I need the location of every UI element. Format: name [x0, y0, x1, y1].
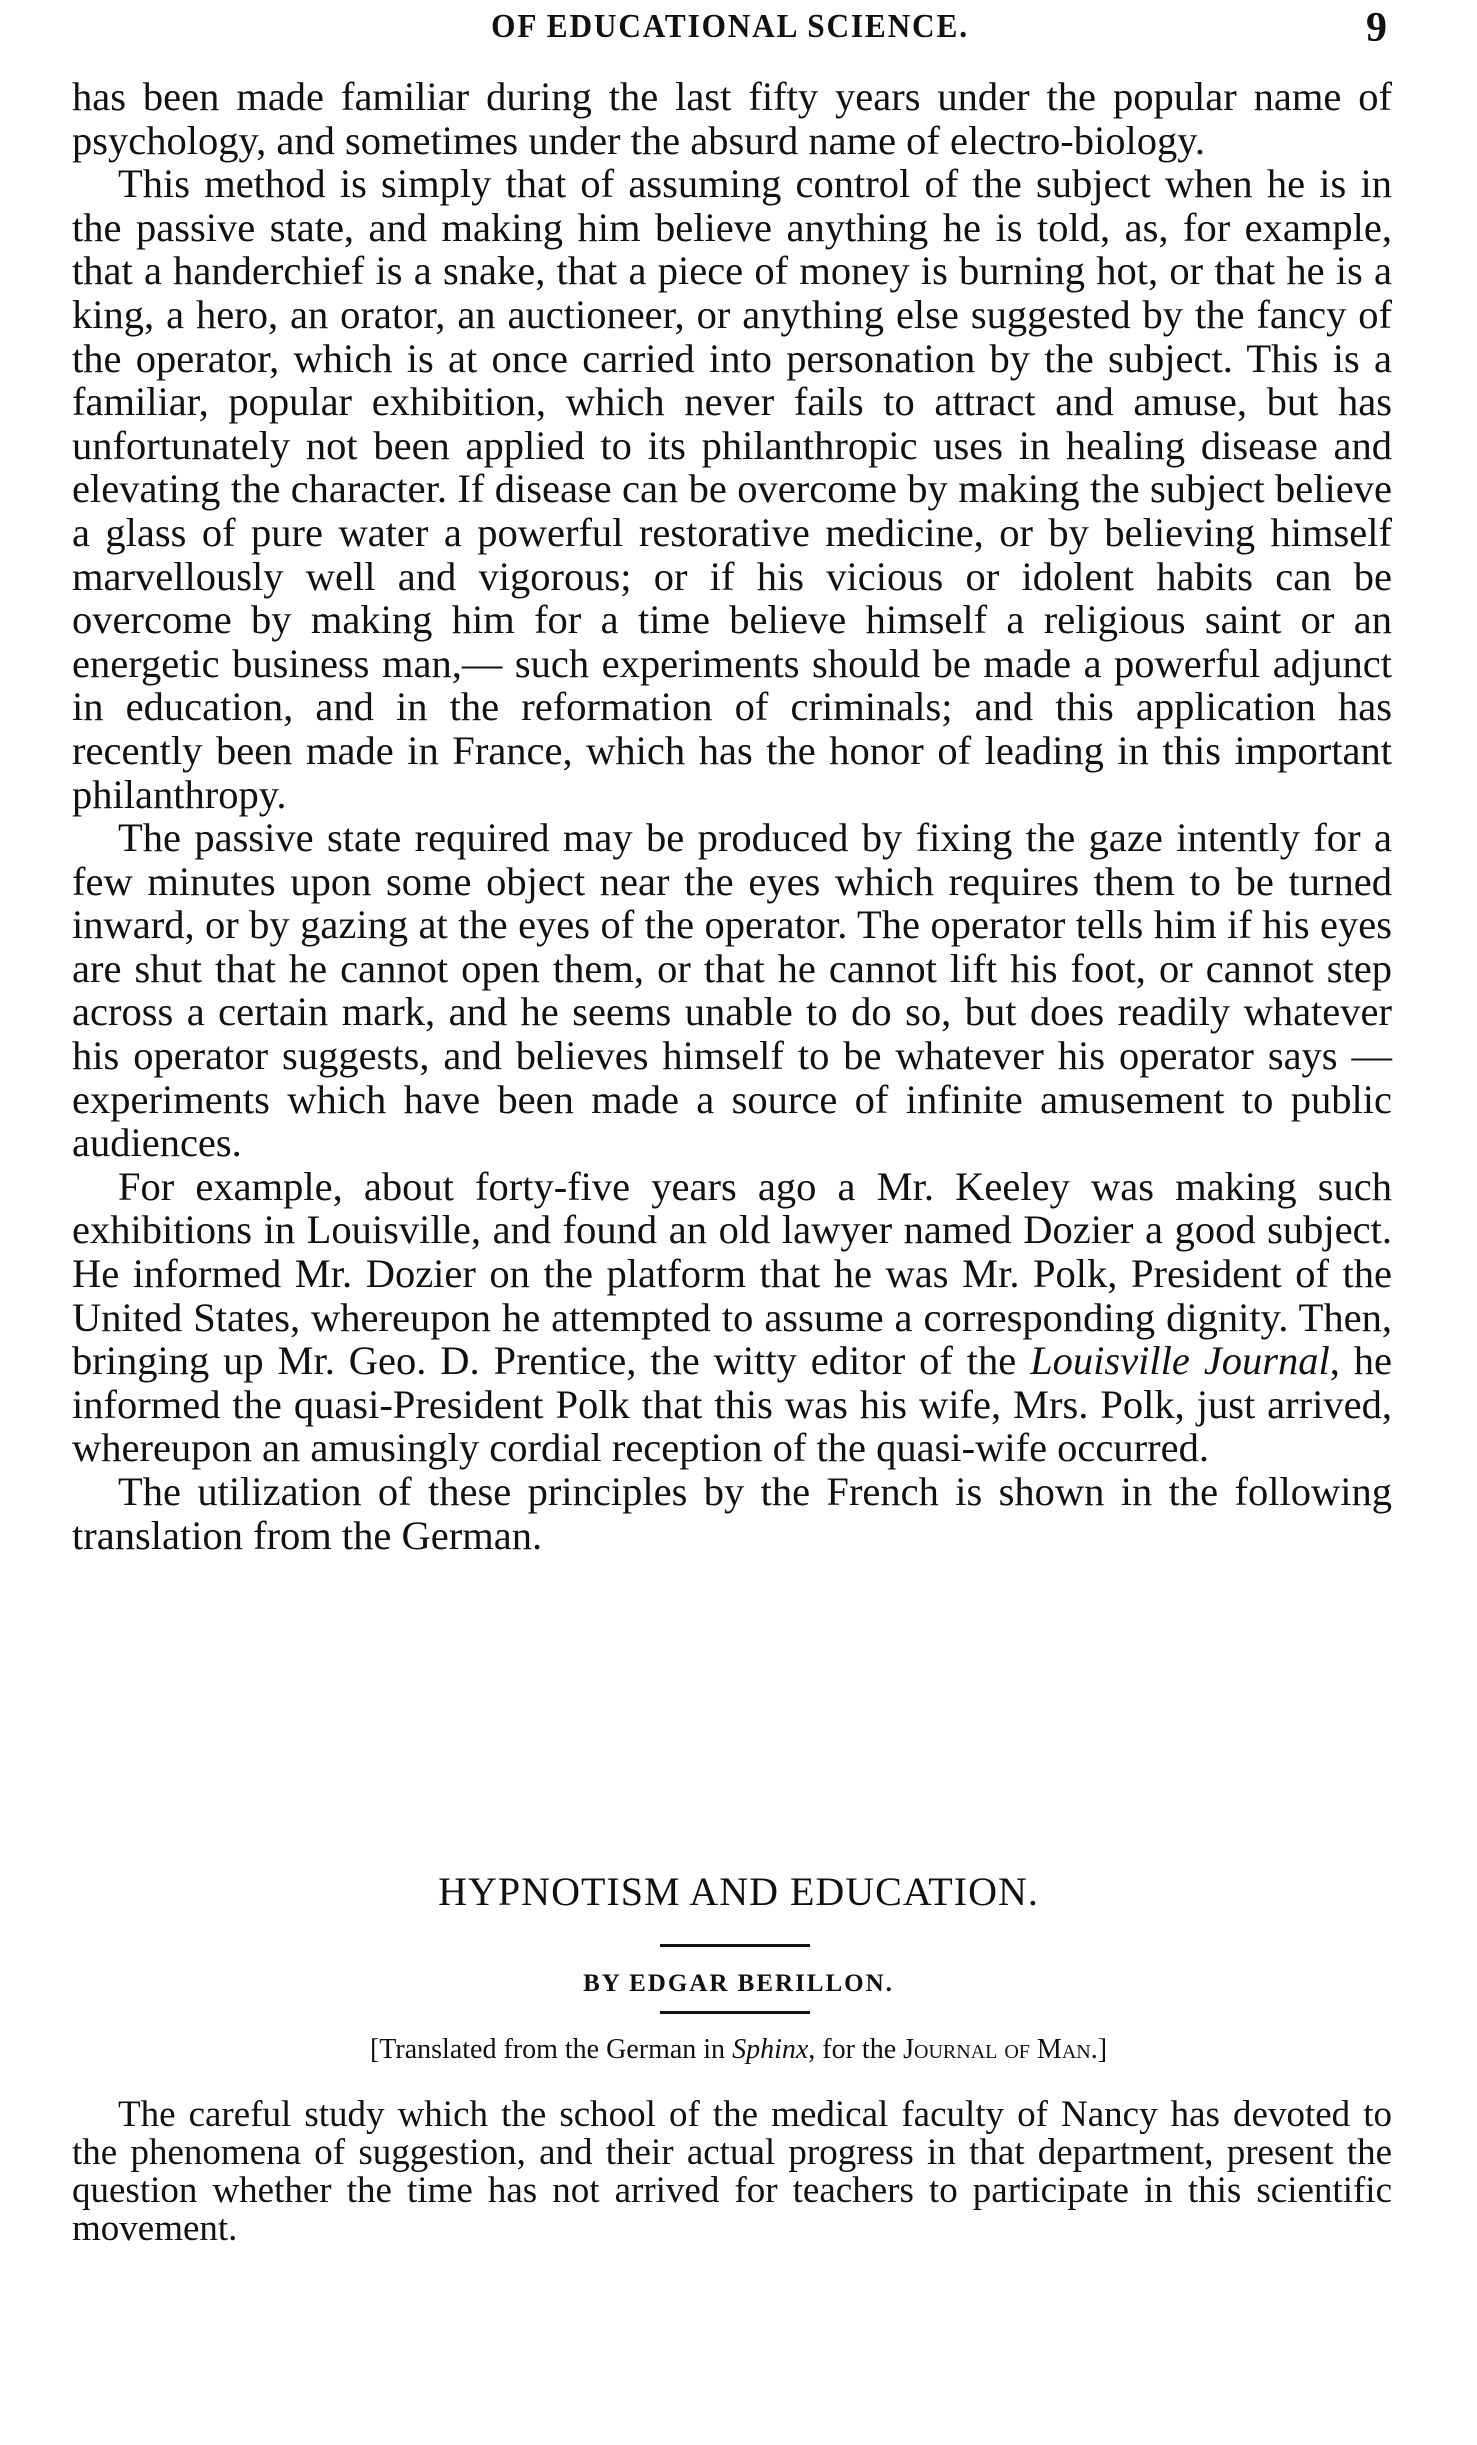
- note-text: .]: [1091, 2034, 1107, 2065]
- paragraph: The careful study which the school of th…: [72, 2096, 1392, 2248]
- paragraph: For example, about forty-five years ago …: [72, 1165, 1392, 1470]
- note-text: [Translated from the German in: [370, 2034, 732, 2065]
- running-head: OF EDUCATIONAL SCIENCE. 9: [0, 8, 1477, 58]
- byline: BY EDGAR BERILLON.: [0, 1970, 1477, 1998]
- journal-name: Journal of Man: [903, 2034, 1091, 2065]
- divider: [660, 2011, 810, 2014]
- translation-note: [Translated from the German in Sphinx, f…: [0, 2034, 1477, 2066]
- article-title: HYPNOTISM AND EDUCATION.: [0, 1868, 1477, 1915]
- paragraph: This method is simply that of assuming c…: [72, 162, 1392, 816]
- page-number: 9: [1366, 4, 1387, 52]
- paragraph: The passive state required may be produc…: [72, 816, 1392, 1165]
- note-text: , for the: [808, 2034, 903, 2065]
- divider: [660, 1944, 810, 1947]
- article-body: The careful study which the school of th…: [72, 2096, 1392, 2248]
- source-title: Sphinx: [732, 2034, 808, 2065]
- running-title: OF EDUCATIONAL SCIENCE.: [472, 8, 987, 46]
- paragraph: has been made familiar during the last f…: [72, 75, 1392, 162]
- paragraph: The utilization of these principles by t…: [72, 1470, 1392, 1557]
- body-text: has been made familiar during the last f…: [72, 75, 1392, 1557]
- italic-title: Louisville Journal: [1030, 1338, 1330, 1383]
